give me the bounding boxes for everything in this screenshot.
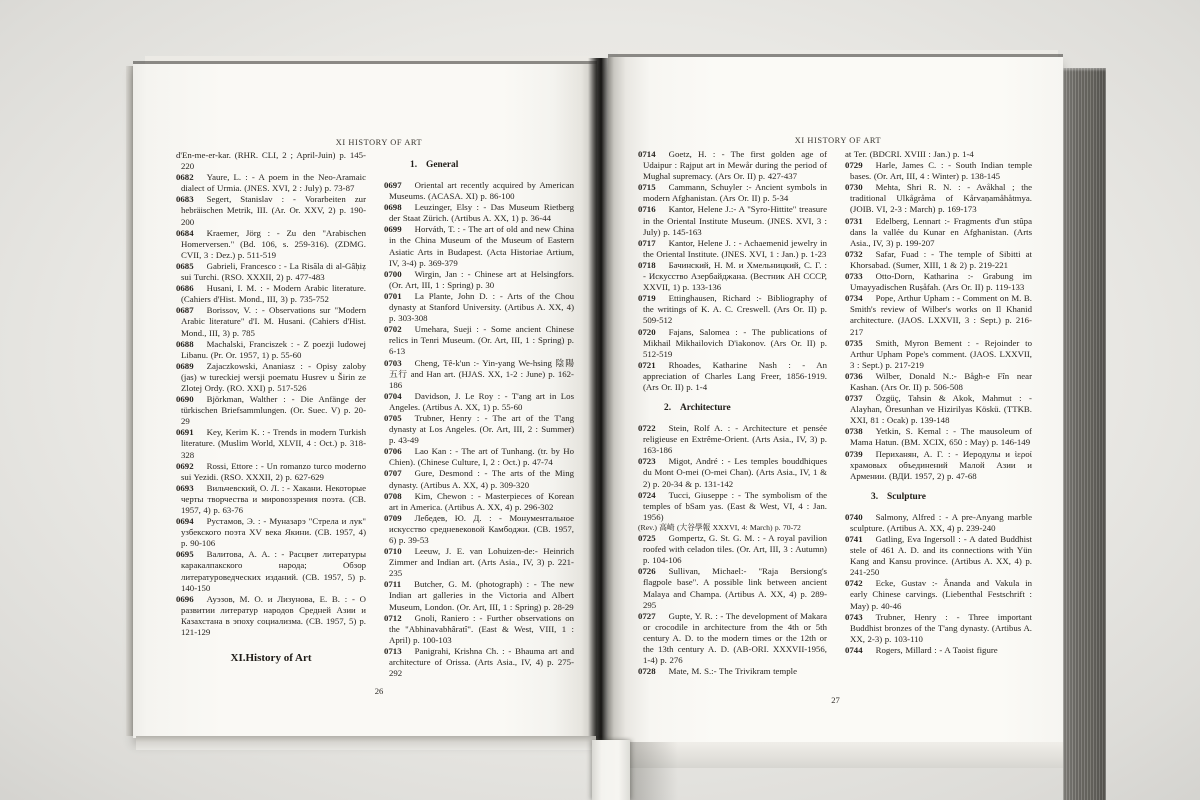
- bib-entry: 0724Tucci, Giuseppe : - The symbolism of…: [638, 490, 827, 523]
- left-page-column-1: d'En-me-er-kar. (RHR. CLI, 2 ; April-Jui…: [176, 150, 366, 665]
- bib-entry: 0688Machalski, Franciszek : - Z poezji l…: [176, 339, 366, 361]
- bib-entry: 0717Kantor, Helene J. : - Achaemenid jew…: [638, 238, 827, 260]
- entry-number: 0696: [176, 594, 207, 604]
- bib-entry: 0705Trubner, Henry : - The art of the T'…: [384, 413, 574, 446]
- entry-number: 0690: [176, 394, 207, 404]
- bib-entry: 0720Fajans, Salomea : - The publications…: [638, 327, 827, 360]
- subsection-heading: 1.General: [410, 160, 574, 171]
- entry-number: 0688: [176, 339, 207, 349]
- right-page: XI HISTORY OF ART 0714Goetz, H. : - The …: [608, 57, 1063, 743]
- bib-entry: 0741Gatling, Eva Ingersoll : - A dated B…: [845, 534, 1032, 578]
- entry-number: 0739: [845, 449, 876, 459]
- entry-number: 0732: [845, 249, 876, 259]
- entry-number: 0742: [845, 578, 876, 588]
- entry-number: 0729: [845, 160, 876, 170]
- entry-number: 2.: [664, 403, 680, 413]
- entry-number: 0733: [845, 271, 876, 281]
- bottom-page-stack-left: [136, 736, 596, 750]
- entry-number: 0706: [384, 446, 415, 456]
- bib-entry: 0694Рустамов, Э. : - Мунaзaрэ "Стрела и …: [176, 516, 366, 549]
- entry-number: 0687: [176, 305, 207, 315]
- bib-entry: 0739Периханян, А. Г. : - Иеродулы и ἱερο…: [845, 449, 1032, 482]
- bib-entry: 0740Salmony, Alfred : - A pre-Anyang mar…: [845, 512, 1032, 534]
- entry-number: 0723: [638, 456, 669, 466]
- entry-number: 0702: [384, 324, 415, 334]
- entry-number: 0738: [845, 426, 876, 436]
- bib-entry: 0713Panigrahi, Krishna Ch. : - Bhauma ar…: [384, 646, 574, 679]
- entry-number: 0698: [384, 202, 415, 212]
- bib-entry: 0738Yetkin, S. Kemal : - The mausoleum o…: [845, 426, 1032, 448]
- entry-number: 0714: [638, 149, 669, 159]
- book-photo: { "colors": { "background": "#e9e8e4", "…: [0, 0, 1200, 800]
- bib-entry: 0711Butcher, G. M. (photograph) : - The …: [384, 579, 574, 612]
- left-page-column-2: 1.General0697Oriental art recently acqui…: [384, 150, 574, 679]
- entry-number: 0683: [176, 194, 207, 204]
- entry-number: 0716: [638, 204, 669, 214]
- left-page: XI HISTORY OF ART d'En-me-er-kar. (RHR. …: [133, 64, 597, 738]
- bib-entry: 0742Ecke, Gustav :- Ânanda and Vakula in…: [845, 578, 1032, 611]
- bib-entry: 0700Wirgin, Jan : - Chinese art at Helsi…: [384, 269, 574, 291]
- entry-number: 0711: [384, 579, 414, 589]
- bib-entry: 0733Otto-Dorn, Katharina :- Grabung im U…: [845, 271, 1032, 293]
- bib-entry: 0687Borissov, V. : - Observations sur "M…: [176, 305, 366, 338]
- bib-entry: 0690Björkman, Walther : - Die Anfänge de…: [176, 394, 366, 427]
- subsection-heading: 3.Sculpture: [871, 492, 1032, 503]
- bib-entry: 0716Kantor, Helene J.:- A "Syro-Hittite"…: [638, 204, 827, 237]
- entry-number: 0709: [384, 513, 415, 523]
- entry-number: 0703: [384, 358, 415, 368]
- bib-entry: 0686Husani, I. M. : - Modern Arabic lite…: [176, 283, 366, 305]
- entry-number: 0720: [638, 327, 669, 337]
- bib-entry: 0725Gompertz, G. St. G. M. : - A royal p…: [638, 533, 827, 566]
- entry-number: 0728: [638, 666, 669, 676]
- entry-number: 0695: [176, 549, 207, 559]
- entry-number: 0721: [638, 360, 669, 370]
- entry-number: 0713: [384, 646, 415, 656]
- right-page-column-1: 0714Goetz, H. : - The first golden age o…: [638, 149, 827, 677]
- bookmark-ribbon: [592, 740, 630, 800]
- bib-entry: 0701La Plante, John D. : - Arts of the C…: [384, 291, 574, 324]
- bib-entry: 0721Rhoades, Katharine Nash : - An appre…: [638, 360, 827, 393]
- bottom-page-stack-right: [612, 742, 1063, 768]
- bib-entry: 0693Вильчевский, О. Л. : - Хакани. Некот…: [176, 483, 366, 516]
- section-heading: XI.History of Art: [176, 652, 366, 665]
- entry-number: 0731: [845, 216, 876, 226]
- entry-number: 3.: [871, 492, 887, 502]
- entry-number: 0694: [176, 516, 207, 526]
- bookmark-shadow: [630, 742, 678, 800]
- bib-entry: 0736Wilber, Donald N.:- Bågh-e Fîn near …: [845, 371, 1032, 393]
- entry-number: 0717: [638, 238, 669, 248]
- bib-entry-continuation: d'En-me-er-kar. (RHR. CLI, 2 ; April-Jui…: [176, 150, 366, 172]
- bib-entry: 0735Smith, Myron Bement : - Rejoinder to…: [845, 338, 1032, 371]
- entry-number: 0722: [638, 423, 669, 433]
- entry-number: 0727: [638, 611, 669, 621]
- entry-number: XI.: [231, 652, 246, 664]
- bib-entry: 0696Ауэзов, М. О. и Лизунова, Е. В. : - …: [176, 594, 366, 638]
- entry-number: 0740: [845, 512, 876, 522]
- subsection-heading: 2.Architecture: [664, 403, 827, 414]
- bib-entry: 0707Gure, Desmond : - The arts of the Mi…: [384, 468, 574, 490]
- entry-number: 0734: [845, 293, 876, 303]
- book-fore-edge: [1063, 68, 1106, 800]
- bib-entry: 0708Kim, Chewon : - Masterpieces of Kore…: [384, 491, 574, 513]
- entry-number: 0718: [638, 260, 669, 270]
- entry-number: 0708: [384, 491, 415, 501]
- entry-number: 0686: [176, 283, 207, 293]
- bib-entry: 0682Yaure, L. : - A poem in the Neo-Aram…: [176, 172, 366, 194]
- bib-entry: 0723Migot, André : - Les temples bouddhi…: [638, 456, 827, 489]
- page-number-left: 26: [173, 686, 585, 696]
- entry-number: 0715: [638, 182, 669, 192]
- entry-number: 0724: [638, 490, 669, 500]
- entry-number: 0719: [638, 293, 669, 303]
- entry-number: 1.: [410, 160, 426, 170]
- bib-entry: 0712Gnoli, Raniero : - Further observati…: [384, 613, 574, 646]
- bib-entry: 0695Валитова, А. А. : - Расцвет литерату…: [176, 549, 366, 593]
- bib-entry: 0743Trubner, Henry : - Three important B…: [845, 612, 1032, 645]
- entry-number: 0682: [176, 172, 207, 182]
- bib-entry: 0689Zajaczkowski, Ananiasz : - Opisy zal…: [176, 361, 366, 394]
- bib-entry: 0692Rossi, Ettore : - Un romanzo turco m…: [176, 461, 366, 483]
- bib-entry-continuation: at Ter. (BDCRI. XVIII : Jan.) p. 1-4: [845, 149, 1032, 160]
- entry-number: 0691: [176, 427, 207, 437]
- bib-entry: 0729Harle, James C. : - South Indian tem…: [845, 160, 1032, 182]
- bib-entry: 0706Lao Kan : - The art of Tunhang. (tr.…: [384, 446, 574, 468]
- bib-entry: 0710Leeuw, J. E. van Lohuizen-de:- Heinr…: [384, 546, 574, 579]
- bib-entry: 0728Mate, M. S.:- The Trivikram temple: [638, 666, 827, 677]
- bib-entry-continuation: (Rev.) 高崎 (大谷學報 XXXVI, 4: March) p. 70-7…: [638, 523, 827, 533]
- entry-number: 0712: [384, 613, 415, 623]
- entry-number: 0736: [845, 371, 876, 381]
- bib-entry: 0684Kraemer, Jörg : - Zu den "Arabischen…: [176, 228, 366, 261]
- bib-entry: 0702Umehara, Sueji : - Some ancient Chin…: [384, 324, 574, 357]
- running-head-left: XI HISTORY OF ART: [173, 138, 585, 147]
- bib-entry: 0698Leuzinger, Elsy : - Das Museum Rietb…: [384, 202, 574, 224]
- entry-number: 0701: [384, 291, 415, 301]
- bib-entry: 0691Key, Kerim K. : - Trends in modern T…: [176, 427, 366, 460]
- bib-entry: 0731Edelberg, Lennart :- Fragments d'un …: [845, 216, 1032, 249]
- entry-number: 0684: [176, 228, 207, 238]
- entry-number: 0689: [176, 361, 207, 371]
- entry-number: 0743: [845, 612, 876, 622]
- entry-number: 0685: [176, 261, 207, 271]
- bib-entry: 0715Cammann, Schuyler :- Ancient symbols…: [638, 182, 827, 204]
- bib-entry: 0727Gupte, Y. R. : - The development of …: [638, 611, 827, 666]
- bib-entry: 0697Oriental art recently acquired by Am…: [384, 180, 574, 202]
- bib-entry: 0730Mehta, Shri R. N. : - Avåkhal ; the …: [845, 182, 1032, 215]
- entry-number: 0707: [384, 468, 415, 478]
- bib-entry: 0719Ettinghausen, Richard :- Bibliograph…: [638, 293, 827, 326]
- entry-number: 0730: [845, 182, 876, 192]
- entry-number: 0725: [638, 533, 669, 543]
- entry-number: 0704: [384, 391, 415, 401]
- bib-entry: 0722Stein, Rolf A. : - Architecture et p…: [638, 423, 827, 456]
- entry-number: 0697: [384, 180, 415, 190]
- entry-number: 0700: [384, 269, 415, 279]
- page-number-right: 27: [638, 695, 1033, 705]
- bib-entry: 0704Davidson, J. Le Roy : - T'ang art in…: [384, 391, 574, 413]
- bib-entry: 0734Pope, Arthur Upham : - Comment on M.…: [845, 293, 1032, 337]
- bib-entry: 0685Gabrieli, Francesco : - La Risāla di…: [176, 261, 366, 283]
- running-head-right: XI HISTORY OF ART: [638, 136, 1038, 145]
- bib-entry: 0744Rogers, Millard : - A Taoist figure: [845, 645, 1032, 656]
- entry-number: 0726: [638, 566, 669, 576]
- entry-number: 0693: [176, 483, 207, 493]
- entry-number: 0710: [384, 546, 415, 556]
- entry-number: 0735: [845, 338, 876, 348]
- bib-entry: 0726Sullivan, Michael:- "Raja Bersiong's…: [638, 566, 827, 610]
- right-page-column-2: at Ter. (BDCRI. XVIII : Jan.) p. 1-40729…: [845, 149, 1032, 656]
- entry-number: 0737: [845, 393, 876, 403]
- bib-entry: 0714Goetz, H. : - The first golden age o…: [638, 149, 827, 182]
- bib-entry: 0718Бачинский, Н. М. и Хмельницкий, С. Г…: [638, 260, 827, 293]
- bib-entry: 0703Cheng, Tê-k'un :- Yin-yang We-hsing …: [384, 358, 574, 391]
- entry-number: 0744: [845, 645, 876, 655]
- bib-entry: 0732Safar, Fuad : - The temple of Sibitt…: [845, 249, 1032, 271]
- entry-number: 0741: [845, 534, 876, 544]
- bib-entry: 0683Segert, Stanislav : - Vorarbeiten zu…: [176, 194, 366, 227]
- entry-number: 0699: [384, 224, 415, 234]
- bib-entry: 0737Özgüç, Tahsin & Akok, Mahmut : - Ala…: [845, 393, 1032, 426]
- bib-entry: 0699Horváth, T. : - The art of old and n…: [384, 224, 574, 268]
- entry-number: 0692: [176, 461, 207, 471]
- bib-entry: 0709Лебедев, Ю. Д. : - Монументальное ис…: [384, 513, 574, 546]
- entry-number: 0705: [384, 413, 415, 423]
